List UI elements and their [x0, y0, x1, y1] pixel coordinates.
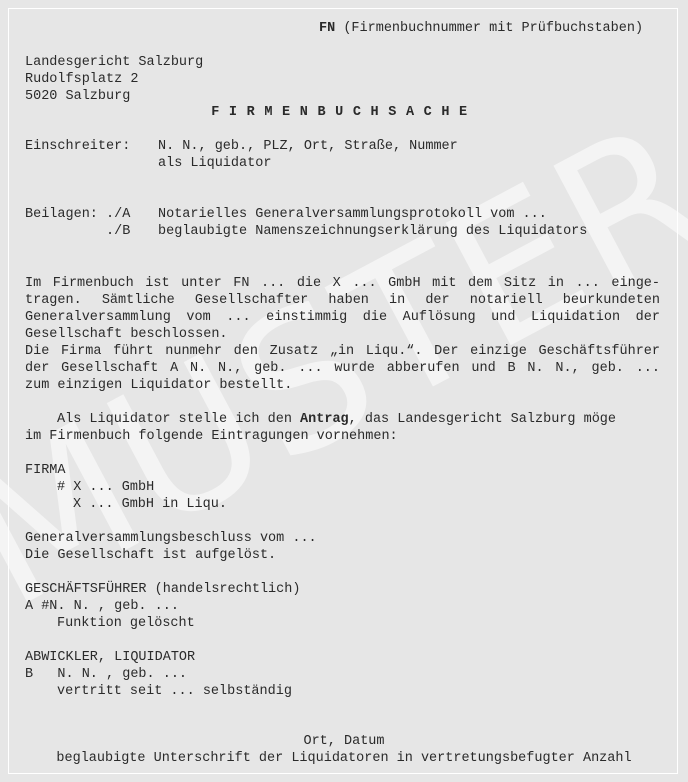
resolution-line: Generalversammlungsbeschluss vom ...	[25, 530, 317, 547]
dissolved-line: Die Gesellschaft ist aufgelöst.	[25, 547, 276, 564]
body-paragraph-2: Die Firma führt nunmehr den Zusatz „in L…	[25, 343, 660, 394]
attachment-b-text: beglaubigte Namenszeichnungserklärung de…	[158, 223, 587, 240]
request-keyword: Antrag	[300, 412, 349, 427]
gf-person: A #N. N. , geb. ...	[25, 598, 179, 615]
document-title: FIRMENBUCHSACHE	[0, 104, 688, 121]
applicant-label: Einschreiter:	[25, 138, 130, 155]
gf-heading: GESCHÄFTSFÜHRER (handelsrechtlich)	[25, 581, 300, 598]
court-city: 5020 Salzburg	[25, 88, 130, 105]
firma-heading: FIRMA	[25, 462, 66, 479]
attachment-b-marker: ./B	[106, 223, 130, 240]
request-line-2: im Firmenbuch folgende Eintragungen vorn…	[25, 428, 398, 445]
applicant-line1: N. N., geb., PLZ, Ort, Straße, Nummer	[158, 138, 458, 155]
place-date: Ort, Datum	[0, 733, 688, 750]
body-paragraph-1: Im Firmenbuch ist unter FN ... die X ...…	[25, 275, 660, 343]
applicant-line2: als Liquidator	[158, 155, 271, 172]
liquidator-status: vertritt seit ... selbständig	[57, 683, 292, 700]
liquidator-heading: ABWICKLER, LIQUIDATOR	[25, 649, 195, 666]
liquidator-person: B N. N. , geb. ...	[25, 666, 187, 683]
court-name: Landesgericht Salzburg	[25, 54, 203, 71]
fn-header: FN (Firmenbuchnummer mit Prüfbuchstaben)	[319, 20, 643, 37]
gf-status: Funktion gelöscht	[57, 615, 195, 632]
court-street: Rudolfsplatz 2	[25, 71, 138, 88]
attachments-label: Beilagen:	[25, 206, 98, 223]
attachment-a-text: Notarielles Generalversammlungsprotokoll…	[158, 206, 547, 223]
firma-new: X ... GmbH in Liqu.	[73, 496, 227, 513]
firma-old: # X ... GmbH	[57, 479, 154, 496]
attachment-a-marker: ./A	[106, 206, 130, 223]
fn-note: (Firmenbuchnummer mit Prüfbuchstaben)	[343, 21, 643, 36]
request-line-1: Als Liquidator stelle ich den Antrag, da…	[57, 411, 616, 428]
signature-line: beglaubigte Unterschrift der Liquidatore…	[0, 750, 688, 767]
fn-label: FN	[319, 21, 335, 36]
